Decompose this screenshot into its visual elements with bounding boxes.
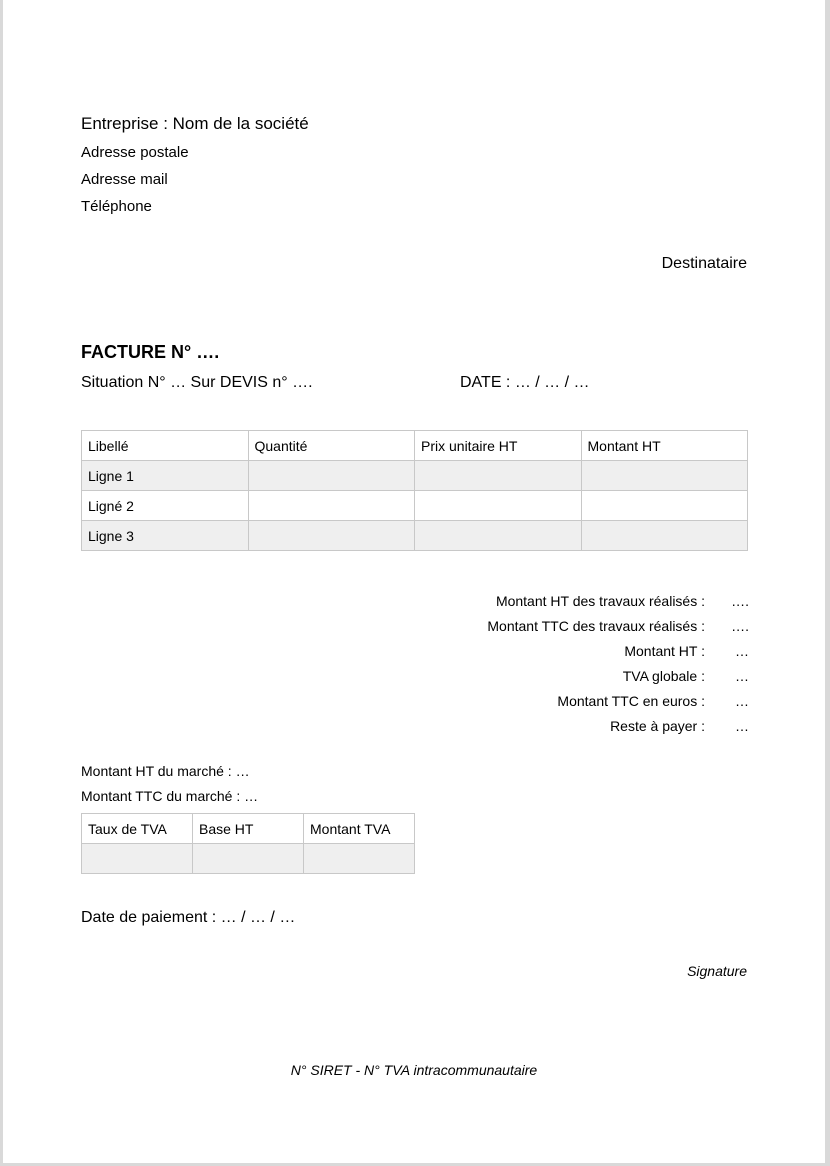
- header-tva-amount: Montant TVA: [304, 814, 415, 844]
- cell-amount: [581, 461, 748, 491]
- market-amount-ht: Montant HT du marché : …: [81, 763, 250, 779]
- cell-unit-price: [415, 461, 582, 491]
- company-name: Entreprise : Nom de la société: [81, 114, 309, 134]
- table-row: [82, 844, 415, 874]
- market-amount-ttc: Montant TTC du marché : …: [81, 788, 258, 804]
- cell-label: Ligne 3: [82, 521, 249, 551]
- table-row: Ligné 2: [82, 491, 748, 521]
- cell-unit-price: [415, 521, 582, 551]
- total-label: TVA globale :: [623, 668, 705, 684]
- header-base-ht: Base HT: [193, 814, 304, 844]
- cell-tva-amount: [304, 844, 415, 874]
- header-unit-price: Prix unitaire HT: [415, 431, 582, 461]
- recipient: Destinataire: [662, 255, 747, 273]
- total-value: ….: [705, 618, 749, 634]
- totals-block: Montant HT des travaux réalisés : …. Mon…: [487, 588, 749, 738]
- total-label: Montant TTC des travaux réalisés :: [487, 618, 705, 634]
- invoice-date: DATE : … / … / …: [460, 374, 590, 392]
- phone-number: Téléphone: [81, 198, 152, 215]
- header-amount: Montant HT: [581, 431, 748, 461]
- cell-tva-rate: [82, 844, 193, 874]
- header-tva-rate: Taux de TVA: [82, 814, 193, 844]
- cell-amount: [581, 521, 748, 551]
- total-row: Montant HT : …: [487, 638, 749, 663]
- total-label: Reste à payer :: [610, 718, 705, 734]
- tva-table-header: Taux de TVA Base HT Montant TVA: [82, 814, 415, 844]
- total-value: ….: [705, 593, 749, 609]
- footer-siret: N° SIRET - N° TVA intracommunautaire: [3, 1062, 825, 1078]
- total-label: Montant TTC en euros :: [557, 693, 705, 709]
- total-value: …: [705, 693, 749, 709]
- items-table: Libellé Quantité Prix unitaire HT Montan…: [81, 430, 748, 551]
- total-row: Reste à payer : …: [487, 713, 749, 738]
- cell-unit-price: [415, 491, 582, 521]
- total-label: Montant HT :: [624, 643, 705, 659]
- header-quantity: Quantité: [248, 431, 415, 461]
- total-row: Montant HT des travaux réalisés : ….: [487, 588, 749, 613]
- total-value: …: [705, 718, 749, 734]
- signature: Signature: [687, 963, 747, 979]
- postal-address: Adresse postale: [81, 144, 189, 161]
- table-row: Ligne 3: [82, 521, 748, 551]
- cell-amount: [581, 491, 748, 521]
- total-value: …: [705, 668, 749, 684]
- cell-quantity: [248, 521, 415, 551]
- table-row: Ligne 1: [82, 461, 748, 491]
- situation-line: Situation N° … Sur DEVIS n° ….: [81, 374, 313, 392]
- cell-base-ht: [193, 844, 304, 874]
- total-row: Montant TTC en euros : …: [487, 688, 749, 713]
- total-value: …: [705, 643, 749, 659]
- email-address: Adresse mail: [81, 171, 168, 188]
- invoice-page: Entreprise : Nom de la société Adresse p…: [3, 0, 825, 1163]
- items-table-header: Libellé Quantité Prix unitaire HT Montan…: [82, 431, 748, 461]
- header-label: Libellé: [82, 431, 249, 461]
- cell-quantity: [248, 461, 415, 491]
- cell-label: Ligné 2: [82, 491, 249, 521]
- total-row: TVA globale : …: [487, 663, 749, 688]
- cell-label: Ligne 1: [82, 461, 249, 491]
- total-label: Montant HT des travaux réalisés :: [496, 593, 705, 609]
- payment-date: Date de paiement : … / … / …: [81, 909, 295, 927]
- tva-table: Taux de TVA Base HT Montant TVA: [81, 813, 415, 874]
- total-row: Montant TTC des travaux réalisés : ….: [487, 613, 749, 638]
- cell-quantity: [248, 491, 415, 521]
- invoice-title: FACTURE N° ….: [81, 342, 219, 363]
